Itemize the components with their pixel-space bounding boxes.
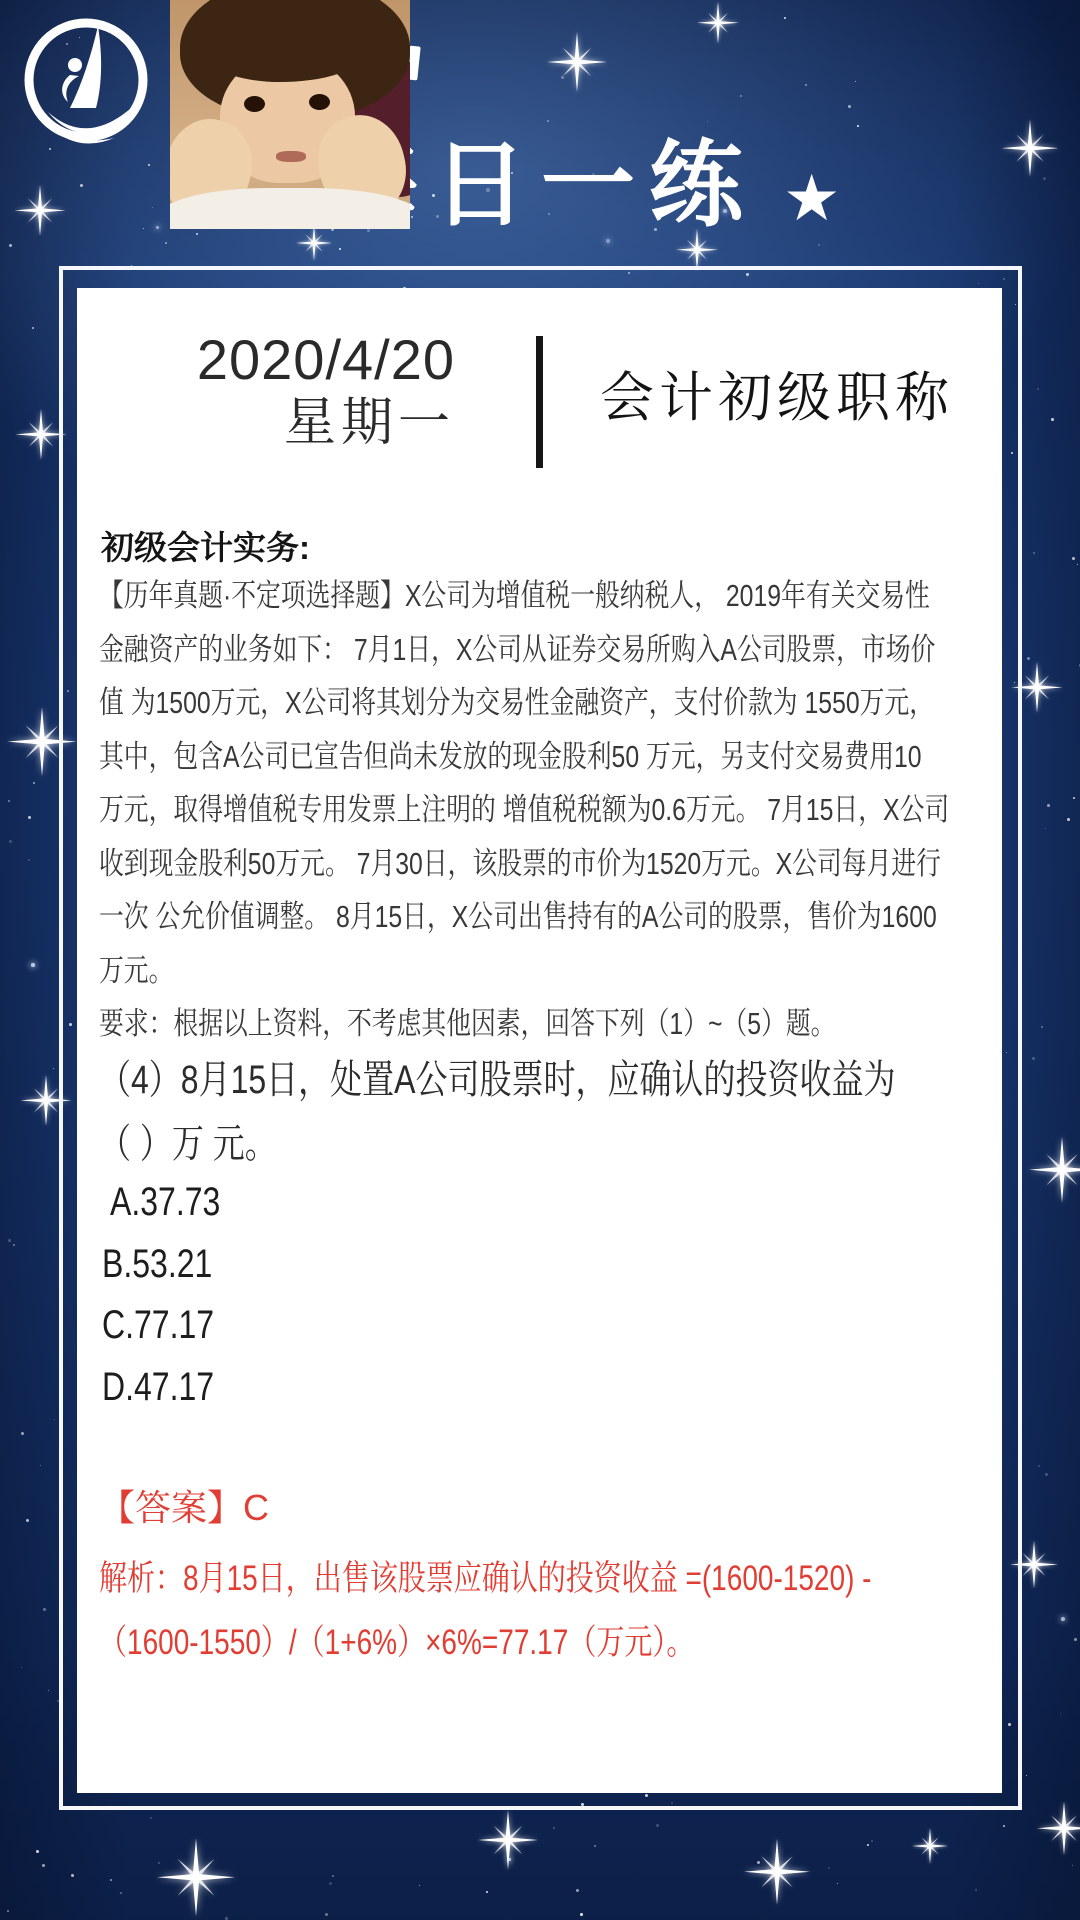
date-block: 2020/4/20 星期一 [77,328,455,454]
sub-question-line: （4）8月15日，处置A公司股票时，应确认的投资收益为 [99,1048,896,1112]
sparkle-star-icon [742,1837,812,1913]
question-line: 金融资产的业务如下： 7月1日，X公司从证券交易所购入A公司股票，市场价 [99,623,949,677]
analysis-line: （1600-1550）/（1+6%）×6%=77.17（万元）。 [99,1611,872,1675]
background-star-dot [40,1465,41,1466]
background-star-dot [1072,557,1075,560]
photo-eye-right [309,94,330,110]
background-star-dot [32,327,34,329]
background-star-dot [1074,1638,1077,1641]
background-star-dot [1037,388,1039,390]
option-a: A.37.73 [102,1172,220,1234]
background-star-dot [36,1850,39,1853]
background-star-dot [28,859,30,861]
background-star-dot [594,1845,596,1847]
background-star-dot [1051,418,1054,421]
sub-question: （4）8月15日，处置A公司股票时，应确认的投资收益为 （ ）万 元。 [99,1048,1080,1176]
photo-shirt [170,188,410,229]
background-star-dot [818,244,820,246]
background-star-dot [329,1882,332,1885]
sparkle-star-icon [13,183,67,242]
question-line: 要求：根据以上资料，不考虑其他因素，回答下列（1）~（5）题。 [99,997,949,1051]
date: 2020/4/20 [77,328,455,392]
background-star-dot [48,1690,49,1691]
analysis-line: 解析：8月15日，出售该股票应确认的投资收益 =(1600-1520) - [99,1547,872,1611]
background-star-dot [871,1840,873,1842]
background-star-dot [120,1892,122,1894]
section-title: 初级会计实务: [101,522,310,569]
background-star-dot [1038,1465,1040,1467]
answer-label: 【答案】C [99,1484,269,1532]
background-star-dot [1003,1825,1005,1827]
background-star-dot [848,105,851,108]
background-star-dot [837,1883,838,1884]
background-star-dot [28,816,31,819]
background-star-dot [9,244,12,247]
background-star-dot [656,1824,659,1827]
options-list: A.37.73 B.53.21 C.77.17 D.47.17 [102,1172,250,1418]
question-line: 收到现金股利50万元。 7月30日，该股票的市价为1520万元。X公司每月进行 [99,837,949,891]
background-star-dot [26,1519,29,1522]
background-star-dot [975,1889,977,1891]
background-star-dot [80,184,83,187]
background-star-dot [1072,1865,1073,1866]
sparkle-star-icon [1035,1799,1080,1861]
background-star-dot [8,1239,11,1242]
vertical-divider [536,336,543,468]
background-star-dot [7,1910,9,1912]
background-star-dot [486,1891,488,1893]
background-star-dot [9,840,12,843]
sub-question-line: （ ）万 元。 [99,1112,896,1176]
background-star-dot [828,1867,830,1869]
background-star-dot [707,121,708,122]
question-line: 万元，取得增值税专用发票上注明的 增值税税额为0.6万元。 7月15日，X公司 [99,783,949,837]
child-photo [170,0,410,229]
sparkle-star-icon [696,0,741,48]
background-star-dot [110,1879,112,1881]
background-star-dot [419,1885,420,1886]
background-star-dot [857,125,859,127]
option-c: C.77.17 [102,1295,220,1357]
background-star-dot [54,1419,55,1420]
question-line: 【历年真题·不定项选择题】X公司为增值税一般纳税人， 2019年有关交易性 [99,569,949,623]
background-star-dot [325,1913,328,1916]
question-card: 2020/4/20 星期一 会计初级职称 初级会计实务: 【历年真题·不定项选择… [77,288,1002,1793]
question-line: 万元。 [99,944,949,998]
question-line: 值 为1500万元，X公司将其划分为交易性金融资产，支付价款为 1550万元， [99,676,949,730]
question-line: 一次 公允价值调整。 8月15日，X公司出售持有的A公司的股票，售价为1600 [99,890,949,944]
background-star-dot [805,84,807,86]
star-icon: ★ [783,166,840,230]
option-b: B.53.21 [102,1234,220,1296]
background-glow-dot [156,226,159,229]
background-star-dot [71,1874,74,1877]
sailboat-icon [18,12,156,154]
sparkle-star-icon [154,1836,237,1920]
weekday: 星期一 [77,392,455,454]
daily-practice-poster: 每日一练 ★ 2020/4/20 星期一 会计初级职称 初级会计实务: 【历年真… [0,0,1080,1920]
background-star-dot [1045,1473,1048,1476]
background-star-dot [196,233,198,235]
course-title: 会计初级职称 [600,368,954,428]
background-star-dot [740,95,742,97]
analysis-block: 解析：8月15日，出售该股票应确认的投资收益 =(1600-1520) - （1… [99,1547,1065,1675]
background-star-dot [21,1667,22,1668]
background-star-dot [580,1913,583,1916]
background-star-dot [42,1864,45,1867]
background-glow-dot [606,239,610,243]
background-star-dot [576,1889,579,1892]
background-star-dot [152,207,153,208]
background-star-dot [1060,1713,1061,1714]
background-star-dot [143,228,144,229]
question-paragraph: 【历年真题·不定项选择题】X公司为增值税一般纳税人， 2019年有关交易性 金融… [99,569,1080,1051]
background-star-dot [1077,564,1078,565]
option-d: D.47.17 [102,1357,220,1419]
background-star-dot [547,120,549,122]
background-star-dot [43,1608,46,1611]
sparkle-star-icon [545,30,609,99]
background-star-dot [332,1875,334,1877]
sparkle-star-icon [911,1827,949,1868]
sailboat-logo [18,12,156,154]
photo-mouth [276,151,306,162]
background-star-dot [21,1432,24,1435]
background-star-dot [784,17,786,19]
sparkle-star-icon [1000,118,1061,184]
background-star-dot [148,164,150,166]
question-line: 其中，包含A公司已宣告但尚未发放的现金股利50 万元，另支付交易费用10 [99,730,949,784]
background-star-dot [855,81,856,82]
background-star-dot [8,800,10,802]
background-star-dot [150,1817,152,1819]
background-star-dot [553,1827,555,1829]
background-star-dot [13,1244,15,1246]
background-star-dot [53,1068,54,1069]
sparkle-star-icon [476,1808,540,1877]
background-star-dot [1026,1775,1027,1776]
background-star-dot [339,248,341,250]
background-star-dot [1033,552,1035,554]
background-glow-dot [31,963,35,967]
background-star-dot [165,242,167,244]
